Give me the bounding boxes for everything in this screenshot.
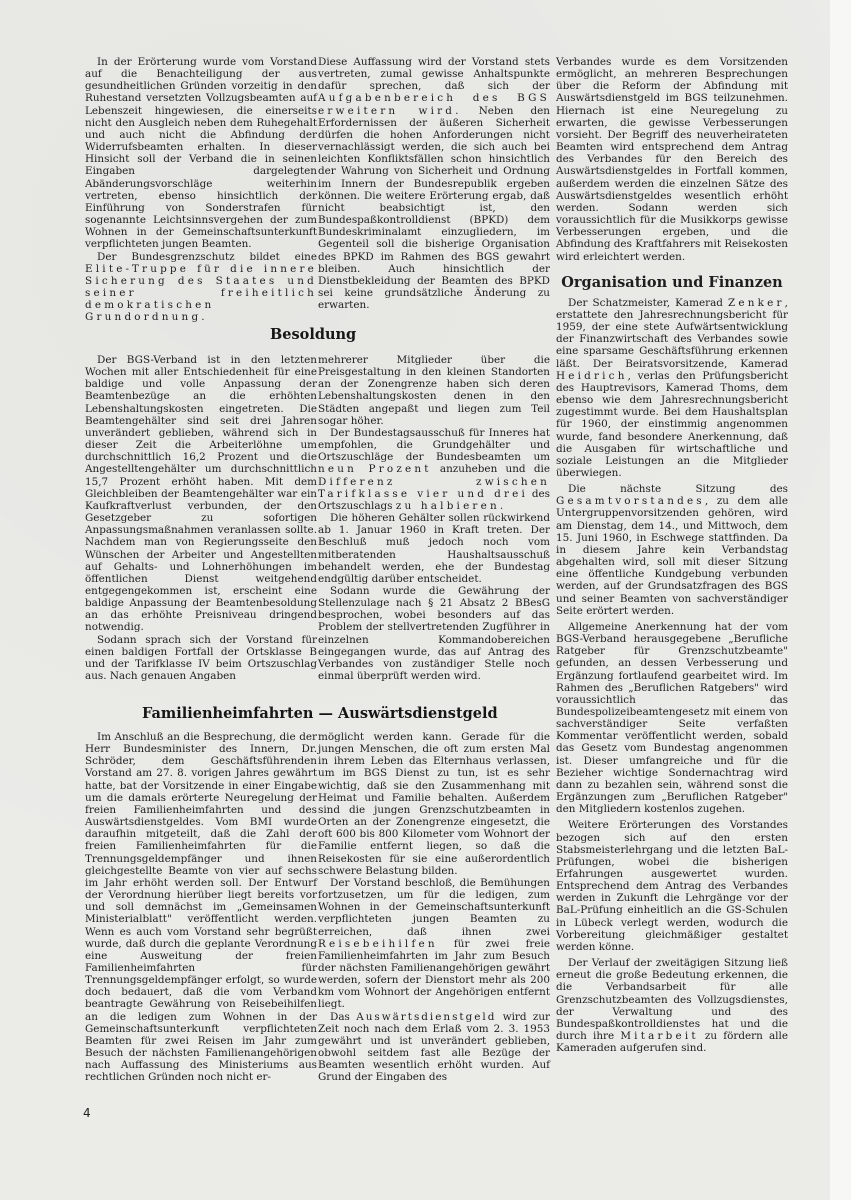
paragraph: Diese Auffassung wird der Vorstand stets… [318,56,550,311]
scan-edge [830,0,851,1200]
paragraph: In der Erörterung wurde vom Vorstand auf… [85,56,317,251]
paragraph: Der Vorstand beschloß, die Bemühungen fo… [318,877,550,1011]
paragraph: Weitere Erörterungen des Vorstandes bezo… [556,819,788,953]
spaced-emphasis: neun Prozent [318,463,432,475]
section-heading-besoldung: Besoldung [270,326,356,343]
paragraph: Verbandes wurde es dem Vorsitzenden ermö… [556,56,788,263]
top-column-1: In der Erörterung wurde vom Vorstand auf… [85,56,317,323]
besoldung-column-1: Der BGS-Verband ist in den letzten Woche… [85,354,317,682]
paragraph: Sodann wurde die Gewährung der Stellenzu… [318,585,550,682]
paragraph: Der BGS-Verband ist in den letzten Woche… [85,354,317,634]
spaced-emphasis: Differenz zwischen Tarifklasse vier und … [318,476,550,500]
spaced-emphasis: Elite-Truppe für die innere Sicherung de… [85,263,317,324]
paragraph: Das Auswärtsdienstgeld wird zur Zeit noc… [318,1011,550,1084]
page-number: 4 [83,1106,91,1120]
besoldung-column-2: mehrerer Mitglieder über die Preisgestal… [318,354,550,682]
paragraph: mehrerer Mitglieder über die Preisgestal… [318,354,550,427]
familien-column-1: Im Anschluß an die Besprechung, die der … [85,731,317,1084]
top-column-2: Diese Auffassung wird der Vorstand stets… [318,56,550,311]
paragraph: Die höheren Gehälter sollen rückwirkend … [318,512,550,585]
newspaper-page: In der Erörterung wurde vom Vorstand auf… [0,0,830,1200]
paragraph: möglicht werden kann. Gerade für die jun… [318,731,550,877]
paragraph: Der Bundesgrenzschutz bildet eine Elite-… [85,251,317,324]
spaced-emphasis: Mitarbeit [620,1030,698,1042]
paragraph: Im Anschluß an die Besprechung, die der … [85,731,317,1084]
section-heading-organisation: Organisation und Finanzen [556,277,788,289]
paragraph: Der Schatzmeister, Kamerad Zenker, ersta… [556,297,788,479]
right-column: Verbandes wurde es dem Vorsitzenden ermö… [556,56,788,1054]
familien-column-2: möglicht werden kann. Gerade für die jun… [318,731,550,1084]
spaced-emphasis: zu halbieren. [396,500,507,512]
section-heading-familienheimfahrten: Familienheimfahrten — Auswärtsdienstgeld [142,705,498,722]
paragraph: Der Verlauf der zweitägigen Sitzung ließ… [556,957,788,1054]
spaced-emphasis: Reisebeihilfen [318,938,438,950]
spaced-name: Heidrich [556,370,628,382]
paragraph: Der Bundestagsausschuß für Inneres hat e… [318,427,550,512]
spaced-emphasis: Gesamtvorstandes [556,495,705,507]
paragraph: Die nächste Sitzung des Gesamtvorstandes… [556,483,788,617]
spaced-emphasis: Auswärtsdienstgeld [356,1011,496,1023]
paragraph: Allgemeine Anerkennung hat der vom BGS-V… [556,621,788,816]
spaced-name: Zenker [728,297,785,309]
paragraph: Sodann sprach sich der Vorstand für eine… [85,634,317,683]
